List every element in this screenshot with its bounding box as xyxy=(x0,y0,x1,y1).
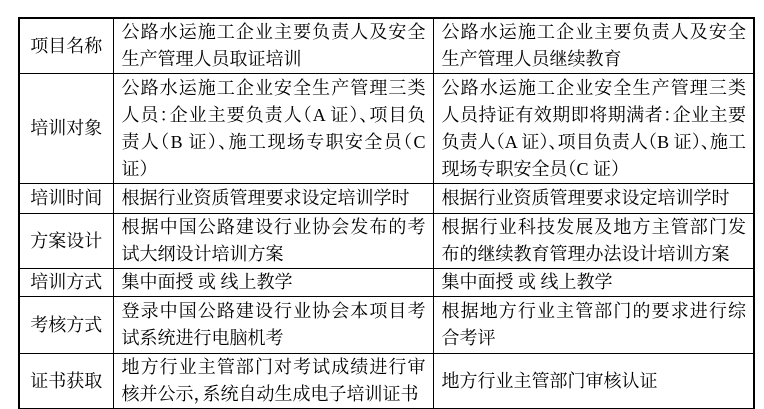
col2-cell: 根据行业资质管理要求设定培训学时 xyxy=(433,184,754,214)
table-row-training-method: 培训方式 集中面授 或 线上教学 集中面授 或 线上教学 xyxy=(19,269,754,297)
col2-cell: 地方行业主管部门审核认证 xyxy=(433,354,754,409)
row-label: 培训方式 xyxy=(19,269,113,297)
table-row-training-target: 培训对象 公路水运施工企业安全生产管理三类人员：企业主要负责人（A 证）、项目负… xyxy=(19,74,754,184)
col2-cell: 根据地方行业主管部门的要求进行综合考评 xyxy=(433,297,754,354)
col2-cell: 公路水运施工企业安全生产管理三类人员持证有效期即将期满者：企业主要负责人（A 证… xyxy=(433,74,754,184)
col2-cell: 公路水运施工企业主要负责人及安全生产管理人员继续教育 xyxy=(433,18,754,74)
col1-cell: 地方行业主管部门对考试成绩进行审核并公示，系统自动生成电子培训证书 xyxy=(113,354,433,409)
col2-cell: 根据行业科技发展及地方主管部门发布的继续教育管理办法设计培训方案 xyxy=(433,214,754,269)
table-row-project-name: 项目名称 公路水运施工企业主要负责人及安全生产管理人员取证培训 公路水运施工企业… xyxy=(19,18,754,74)
table-row-plan-design: 方案设计 根据中国公路建设行业协会发布的考试大纲设计培训方案 根据行业科技发展及… xyxy=(19,214,754,269)
row-label: 考核方式 xyxy=(19,297,113,354)
col1-cell: 公路水运施工企业安全生产管理三类人员：企业主要负责人（A 证）、项目负责人（B … xyxy=(113,74,433,184)
col1-cell: 根据行业资质管理要求设定培训学时 xyxy=(113,184,433,214)
row-label: 方案设计 xyxy=(19,214,113,269)
col1-cell: 集中面授 或 线上教学 xyxy=(113,269,433,297)
row-label: 培训对象 xyxy=(19,74,113,184)
table-row-training-time: 培训时间 根据行业资质管理要求设定培训学时 根据行业资质管理要求设定培训学时 xyxy=(19,184,754,214)
col1-cell: 登录中国公路建设行业协会本项目考试系统进行电脑机考 xyxy=(113,297,433,354)
col1-cell: 根据中国公路建设行业协会发布的考试大纲设计培训方案 xyxy=(113,214,433,269)
training-programs-table: 项目名称 公路水运施工企业主要负责人及安全生产管理人员取证培训 公路水运施工企业… xyxy=(18,17,755,409)
table-row-certificate-acquisition: 证书获取 地方行业主管部门对考试成绩进行审核并公示，系统自动生成电子培训证书 地… xyxy=(19,354,754,409)
col2-cell: 集中面授 或 线上教学 xyxy=(433,269,754,297)
col1-cell: 公路水运施工企业主要负责人及安全生产管理人员取证培训 xyxy=(113,18,433,74)
row-label: 培训时间 xyxy=(19,184,113,214)
row-label: 证书获取 xyxy=(19,354,113,409)
row-label: 项目名称 xyxy=(19,18,113,74)
table-row-assessment-method: 考核方式 登录中国公路建设行业协会本项目考试系统进行电脑机考 根据地方行业主管部… xyxy=(19,297,754,354)
